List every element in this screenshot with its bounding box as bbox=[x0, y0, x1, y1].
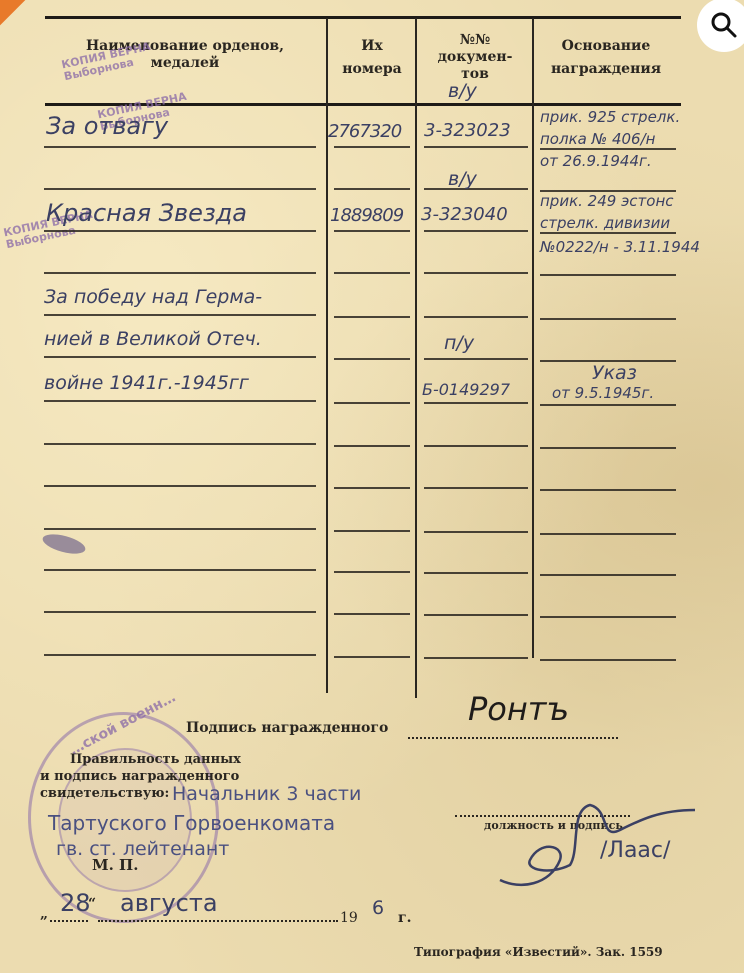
header-award-number: Их номера bbox=[330, 38, 414, 78]
award-basis: стрелк. дивизии bbox=[540, 214, 670, 232]
doc-prefix: в/у bbox=[448, 80, 477, 102]
table-top-rule bbox=[45, 16, 681, 19]
printer-imprint: Типография «Известий». Зак. 1559 bbox=[414, 945, 663, 959]
column-divider bbox=[326, 18, 328, 693]
official-position: Начальник 3 части bbox=[172, 783, 361, 805]
certify-text: Правильность данных bbox=[70, 752, 241, 767]
zoom-search-button[interactable] bbox=[697, 0, 744, 52]
award-name: Красная Звезда bbox=[46, 199, 247, 227]
date-quote: “ bbox=[88, 896, 96, 912]
date-day: 28 bbox=[60, 889, 91, 917]
award-name: нией в Великой Отеч. bbox=[44, 328, 262, 350]
signature-line bbox=[408, 737, 618, 739]
award-number: 1889809 bbox=[330, 205, 403, 226]
official-position: Тартуского Горвоенкомата bbox=[48, 811, 335, 835]
search-icon bbox=[709, 10, 739, 40]
document-number: Б-0149297 bbox=[422, 380, 510, 399]
column-divider bbox=[532, 18, 534, 658]
date-month: августа bbox=[120, 889, 218, 917]
header-award-basis: Основание награждения bbox=[536, 38, 676, 78]
award-basis: прик. 249 эстонс bbox=[540, 192, 674, 210]
award-basis: Указ bbox=[592, 362, 637, 384]
certify-text: свидетельствую: bbox=[40, 786, 169, 801]
recipient-signature-label: Подпись награжденного bbox=[186, 720, 388, 736]
corner-badge bbox=[0, 0, 30, 30]
seal-placeholder-label: М. П. bbox=[92, 856, 138, 874]
date-month-line bbox=[98, 920, 338, 922]
award-number: 2767320 bbox=[328, 121, 401, 142]
document-number: 3-323040 bbox=[421, 204, 508, 225]
document-number: 3-323023 bbox=[424, 120, 511, 141]
date-quote: „ bbox=[40, 906, 48, 922]
doc-prefix: в/у bbox=[448, 168, 477, 190]
award-name: За победу над Герма- bbox=[44, 286, 262, 308]
header-text: Их bbox=[330, 38, 414, 55]
header-text: награждения bbox=[536, 61, 676, 78]
header-text: номера bbox=[330, 61, 414, 78]
award-basis: №0222/н - 3.11.1944 bbox=[540, 238, 700, 256]
header-text: Основание bbox=[536, 38, 676, 55]
header-text: №№ bbox=[418, 32, 532, 49]
date-year-prefix: 19 bbox=[340, 910, 358, 926]
certify-text: и подпись награжденного bbox=[40, 769, 239, 784]
date-year-unit: г. bbox=[398, 910, 411, 926]
award-name: войне 1941г.-1945гг bbox=[44, 372, 249, 394]
award-name: За отвагу bbox=[46, 112, 168, 140]
column-divider bbox=[415, 18, 417, 698]
ink-blot bbox=[41, 531, 88, 558]
recipient-signature: Ронтъ bbox=[468, 690, 569, 728]
award-basis: полка № 406/н bbox=[540, 130, 655, 148]
award-basis: прик. 925 стрелк. bbox=[540, 108, 680, 126]
doc-prefix: п/у bbox=[444, 332, 474, 354]
award-basis: от 26.9.1944г. bbox=[540, 152, 652, 170]
header-text: докумен- bbox=[418, 49, 532, 66]
date-day-line bbox=[50, 920, 88, 922]
date-year-handwritten: 6 bbox=[372, 897, 384, 919]
award-basis: от 9.5.1945г. bbox=[552, 384, 654, 402]
official-position: гв. ст. лейтенант bbox=[56, 838, 229, 860]
header-document-number: №№ докумен- тов bbox=[418, 32, 532, 83]
official-signature-scrawl bbox=[480, 790, 700, 900]
